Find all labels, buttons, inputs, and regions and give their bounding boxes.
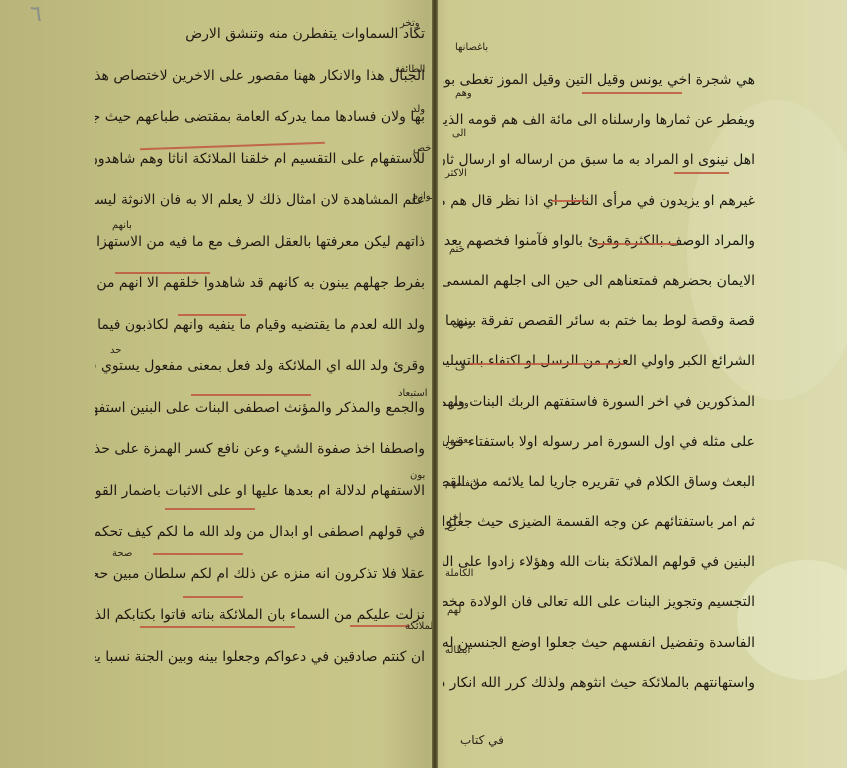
manuscript-spread: ٦ تكاد السماوات يتفطرن منه وتنشق الارض ا… — [0, 0, 847, 768]
text-line: والمراد الوصف بالكثرة وقرئ بالواو فآمنوا… — [443, 221, 755, 261]
text-line: الجبال هذا والانكار ههنا مقصور على الاخر… — [95, 56, 425, 98]
left-page: ٦ تكاد السماوات يتفطرن منه وتنشق الارض ا… — [0, 0, 437, 768]
margin-note: ختم — [449, 244, 465, 255]
text-line: غيرهم او يزيدون في مرأى الناظر اي اذا نظ… — [443, 181, 755, 221]
text-line: الايمان بحضرهم فمتعناهم الى حين الى اجله… — [443, 261, 755, 301]
rubric-overline — [191, 394, 311, 396]
text-line: علم المشاهدة لان امثال ذلك لا يعلم الا ب… — [95, 180, 425, 222]
text-line: التجسيم وتجويز البنات على الله تعالى فان… — [443, 582, 755, 622]
text-line: اهل نينوى او المراد به ما سبق من ارساله … — [443, 140, 755, 180]
margin-note: لوازم — [412, 191, 434, 202]
margin-note: ابطاله — [445, 645, 470, 656]
text-line: الشرائع الكبر واولي العزم من الرسل او اك… — [443, 341, 755, 381]
text-line: المذكورين في اخر السورة فاستفتهم الربك ا… — [443, 382, 755, 422]
text-line: ثم امر باستفتائهم عن وجه القسمة الضيزى ح… — [443, 502, 755, 542]
right-page-text-block: هي شجرة اخي يونس وقيل التين وقيل الموز ت… — [443, 60, 755, 703]
text-line: وقرئ ولد الله اي الملائكة ولد فعل بمعنى … — [95, 346, 425, 388]
margin-note: وتخر — [400, 18, 420, 29]
text-line: عقلا فلا تذكرون انه منزه عن ذلك ام لكم س… — [95, 554, 425, 596]
text-line: ويفطر عن ثمارها وارسلناه الى مائة الف هم… — [443, 100, 755, 140]
margin-note: استبعاد — [398, 388, 428, 399]
margin-note: الطائفة — [395, 64, 425, 75]
text-line: قصة وقصة لوط بما ختم به سائر القصص تفرقة… — [443, 301, 755, 341]
margin-note: بانهم — [112, 220, 132, 231]
text-line: هي شجرة اخي يونس وقيل التين وقيل الموز ت… — [443, 60, 755, 100]
margin-note: باغصانها — [455, 42, 488, 53]
rubric-overline — [597, 243, 677, 245]
text-line: الفاسدة وتفضيل انفسهم حيث جعلوا اوضع الج… — [443, 623, 755, 663]
catchword: في كتاب — [460, 733, 504, 747]
text-line: ان كنتم صادقين في دعواكم وجعلوا بينه وبي… — [95, 637, 425, 679]
text-line: ذاتهم ليكن معرفتها بالعقل الصرف مع ما في… — [95, 222, 425, 264]
margin-note: الكاملة — [445, 568, 473, 579]
margin-note: رسل — [452, 318, 473, 329]
text-line: ولد الله لعدم ما يقتضيه وقيام ما ينفيه و… — [95, 305, 425, 347]
text-line: البنين في قولهم الملائكة بنات الله وهؤلا… — [443, 542, 755, 582]
text-line: واستهانتهم بالملائكة حيث انثوهم ولذلك كر… — [443, 663, 755, 703]
text-line: واصطفا اخذ صفوة الشيء وعن نافع كسر الهمز… — [95, 429, 425, 471]
margin-note: لهم — [447, 605, 461, 616]
margin-note: الاكثر — [445, 168, 467, 179]
right-page: هي شجرة اخي يونس وقيل التين وقيل الموز ت… — [437, 0, 847, 768]
margin-note: صحة — [112, 548, 132, 559]
rubric-overline — [674, 172, 729, 174]
rubric-overline — [140, 626, 295, 628]
margin-note: اخر — [447, 512, 461, 523]
rubric-overline — [552, 200, 587, 202]
margin-note: لانفسهم — [445, 478, 479, 489]
margin-note: وهم — [452, 398, 469, 409]
rubric-overline — [183, 596, 243, 598]
folio-number: ٦ — [30, 2, 42, 27]
text-line: الاستفهام لدلالة ام بعدها عليها او على ا… — [95, 471, 425, 513]
margin-note: ف — [455, 362, 465, 373]
text-line: في قولهم اصطفى او ابدال من ولد الله ما ل… — [95, 512, 425, 554]
margin-note: ث — [447, 523, 456, 534]
margin-note: الى — [452, 128, 466, 139]
margin-note: بعضها — [447, 435, 471, 446]
margin-note: خص — [413, 143, 431, 154]
rubric-overline — [153, 553, 243, 555]
text-line: بها ولان فسادها مما يدركه العامة بمقتضى … — [95, 97, 425, 139]
text-line: تكاد السماوات يتفطرن منه وتنشق الارض — [95, 14, 425, 56]
text-line: على مثله في اول السورة امر رسوله اولا با… — [443, 422, 755, 462]
rubric-overline — [582, 92, 682, 94]
margin-note: وهم — [455, 88, 472, 99]
rubric-overline — [178, 314, 246, 316]
text-line: بفرط جهلهم يبنون به كانهم قد شاهدوا خلقه… — [95, 263, 425, 305]
rubric-overline — [469, 363, 624, 365]
margin-note: بون — [410, 470, 425, 481]
rubric-overline — [115, 272, 210, 274]
text-line: نزلت عليكم من السماء بان الملائكة بناته … — [95, 595, 425, 637]
text-line: البعث وساق الكلام في تقريره جاريا لما يل… — [443, 462, 755, 502]
margin-note: حد — [110, 345, 121, 356]
left-page-text-block: تكاد السماوات يتفطرن منه وتنشق الارض الج… — [95, 14, 425, 678]
rubric-overline — [350, 625, 410, 627]
rubric-overline — [165, 508, 255, 510]
margin-note: ولد — [412, 104, 425, 115]
